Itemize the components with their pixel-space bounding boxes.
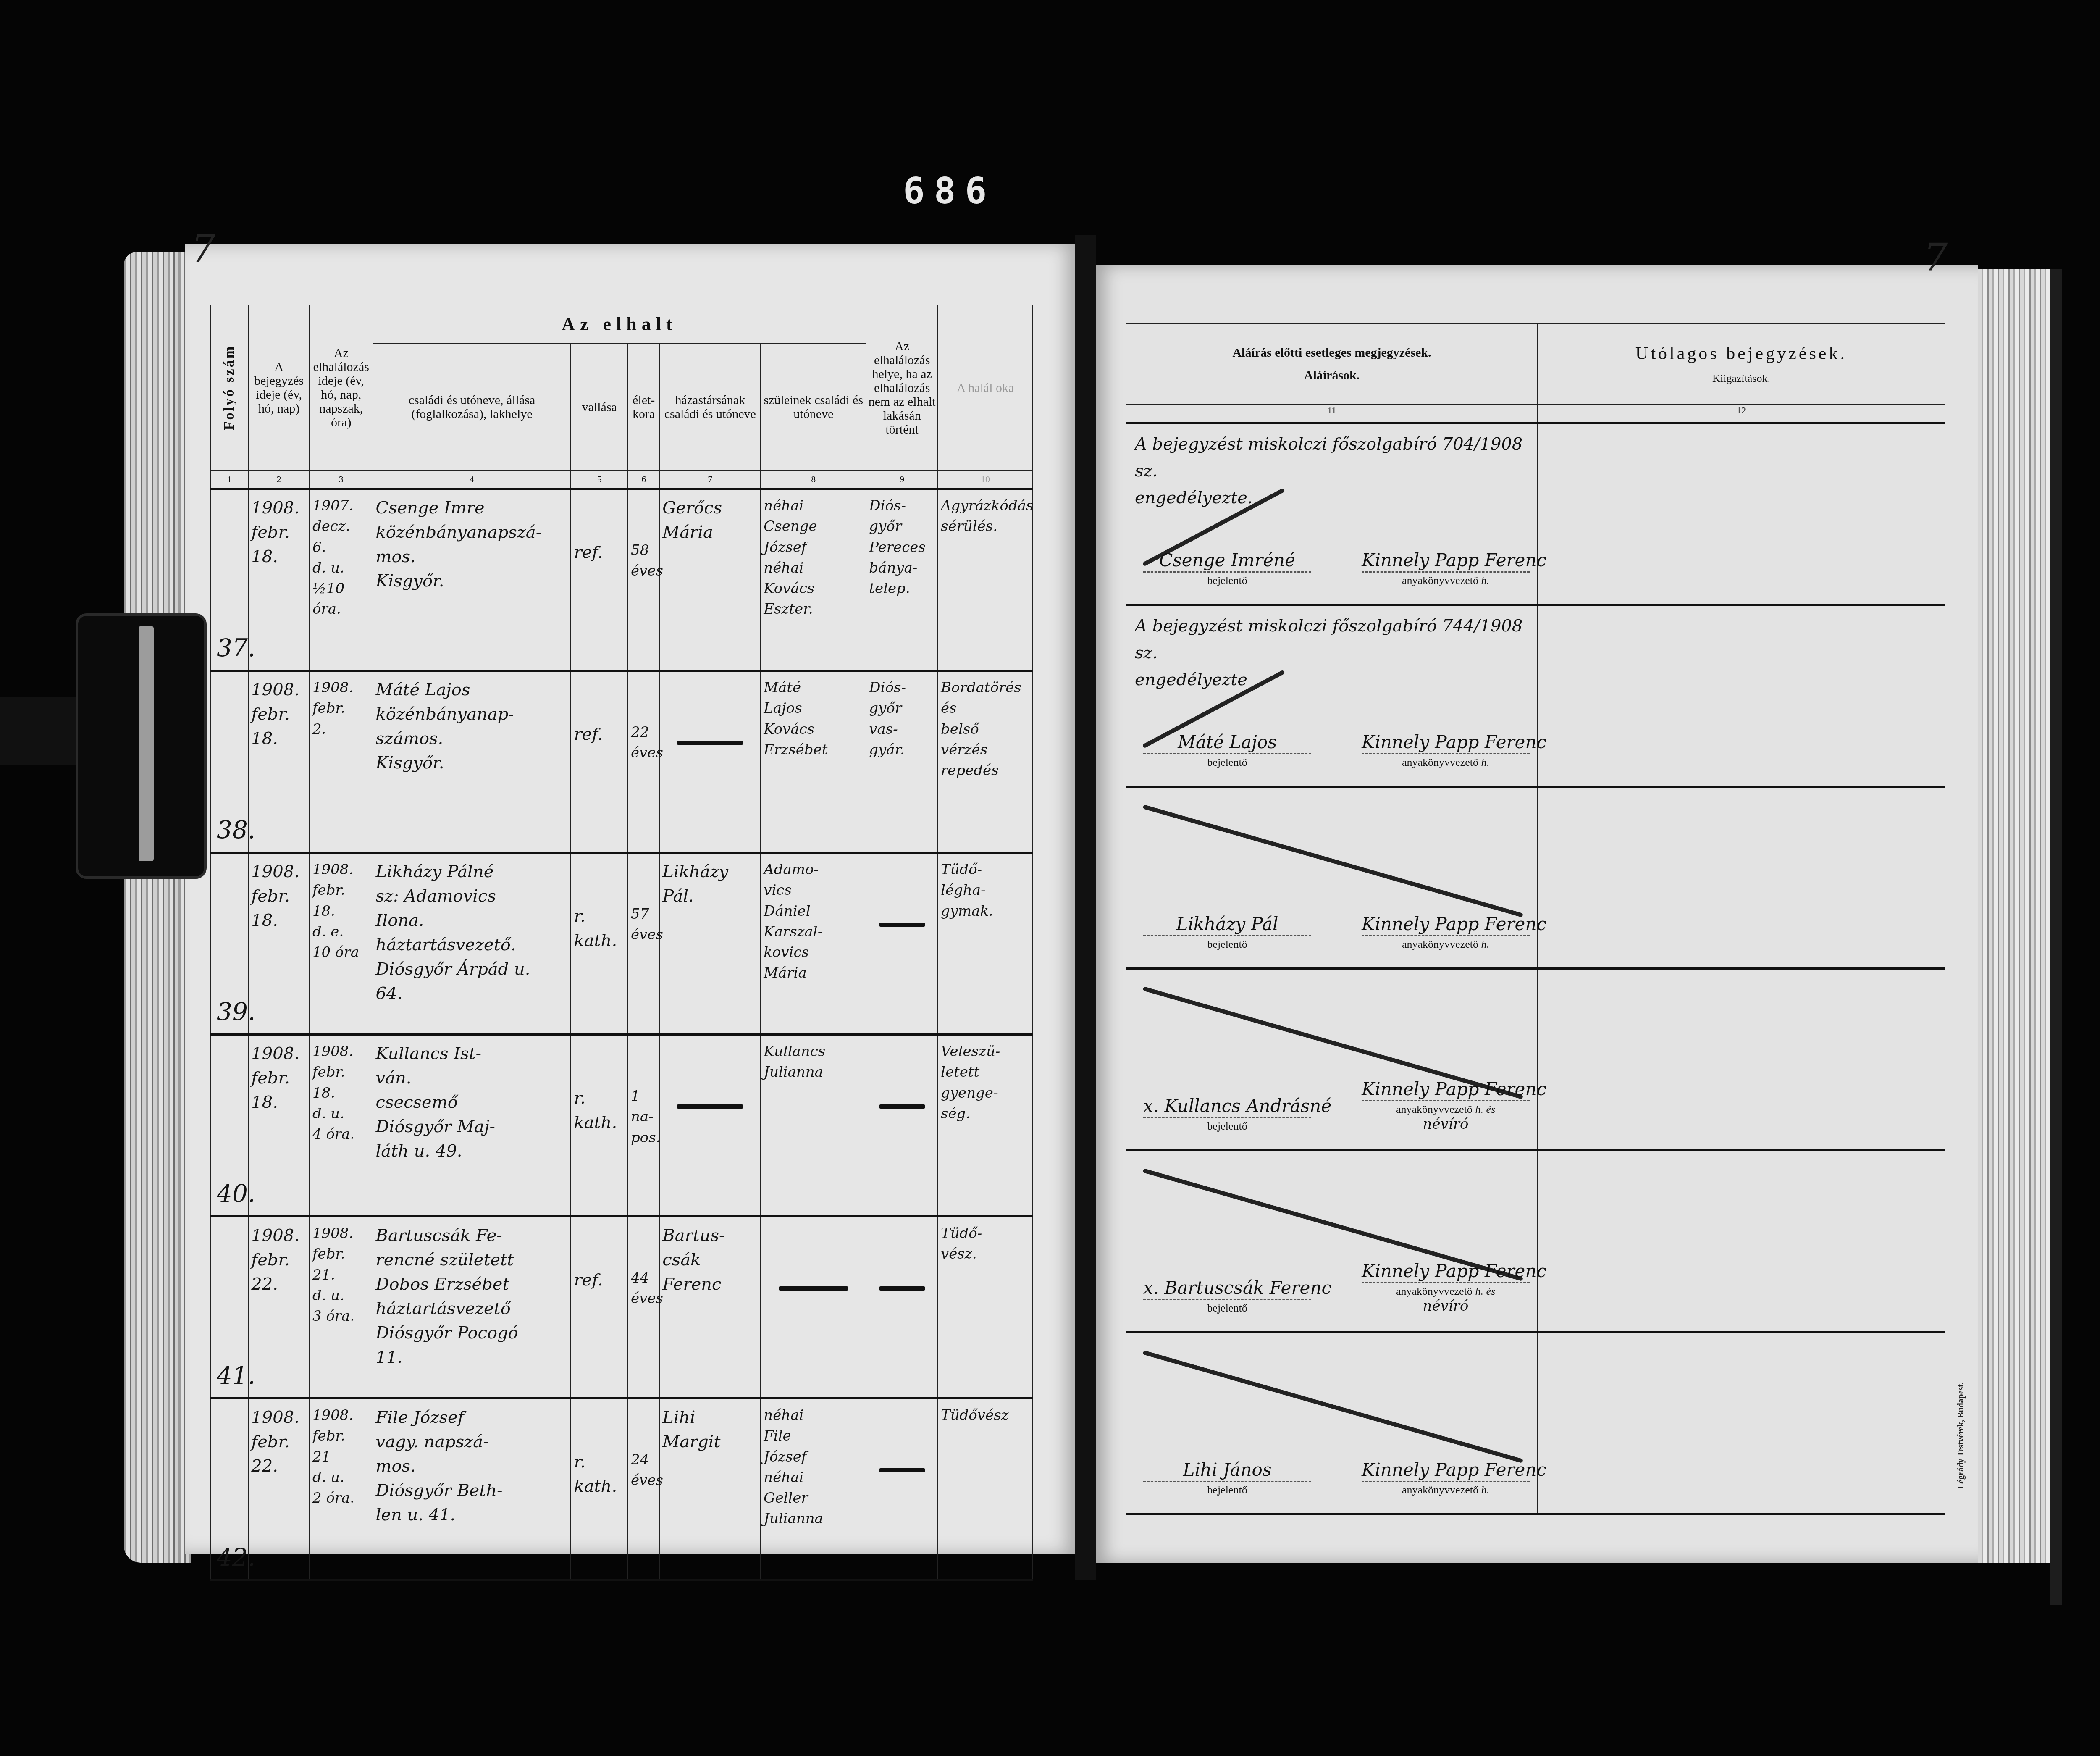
- col-header-spouse: házastársának családi és utóneve: [659, 344, 761, 471]
- later-entries-cell: [1538, 1151, 1945, 1333]
- entry-spouse: Gerőcs Mária: [659, 489, 761, 671]
- entry-age: 1 na- pos.: [628, 1035, 659, 1217]
- entry-serial: 38.: [210, 671, 248, 853]
- entry-serial: 41.: [210, 1217, 248, 1398]
- entry-spouse: [659, 1035, 761, 1217]
- entry-death-place: [866, 1217, 938, 1398]
- entry-deceased-name: Bartuscsák Fe- rencné született Dobos Er…: [373, 1217, 571, 1398]
- book-cover: [2050, 269, 2062, 1605]
- declarant-signature: x. Bartuscsák Ferenc bejelentő: [1143, 1278, 1311, 1314]
- col-header-death-date: Az elhalálozás ideje (év, hó, nap, napsz…: [310, 305, 373, 471]
- entry-registration-date: 1908. febr. 18.: [248, 489, 310, 671]
- signature-cell: x. Bartuscsák Ferenc bejelentő Kinnely P…: [1126, 1151, 1538, 1333]
- declarant-signature: Csenge Imréné bejelentő: [1143, 550, 1311, 587]
- column-numbers: 1 2 3 4 5 6 7 8 9 10: [210, 471, 1033, 489]
- entry-death-cause: Agyrázkódás sérülés.: [938, 489, 1033, 671]
- entry-death-date: 1908. febr. 21. d. u. 3 óra.: [310, 1217, 373, 1398]
- col-header-death-place: Az elhalálozás helye, ha az elhalálozás …: [866, 305, 938, 471]
- signature-row: A bejegyzést miskolczi főszolgabíró 704/…: [1126, 423, 1945, 605]
- death-register-table: Folyó szám A bejegyzés ideje (év, hó, na…: [210, 305, 1033, 1581]
- entry-death-date: 1908. febr. 18. d. e. 10 óra: [310, 853, 373, 1035]
- declarant-signature: Likházy Pál bejelentő: [1143, 914, 1311, 951]
- entry-deceased-name: Likházy Pálné sz: Adamovics Ilona. házta…: [373, 853, 571, 1035]
- cancel-stroke: [1143, 1350, 1523, 1463]
- entry-age: 44 éves: [628, 1217, 659, 1398]
- signature-cell: Likházy Pál bejelentő Kinnely Papp Feren…: [1126, 787, 1538, 969]
- col-header-parents: szüleinek családi és utóneve: [761, 344, 866, 471]
- entry-age: 24 éves: [628, 1398, 659, 1580]
- signature-row: x. Kullancs Andrásné bejelentő Kinnely P…: [1126, 969, 1945, 1151]
- entry-spouse: Lihi Margit: [659, 1398, 761, 1580]
- signature-cell: x. Kullancs Andrásné bejelentő Kinnely P…: [1126, 969, 1538, 1151]
- declarant-signature: x. Kullancs Andrásné bejelentő: [1143, 1096, 1311, 1133]
- entry-parents: Kullancs Julianna: [761, 1035, 866, 1217]
- remarks-title: Aláírás előtti esetleges megjegyzések.: [1126, 346, 1537, 360]
- entry-parents: [761, 1217, 866, 1398]
- entry-age: 57 éves: [628, 853, 659, 1035]
- register-entry-row: 42. 1908. febr. 22. 1908. febr. 21 d. u.…: [210, 1398, 1033, 1580]
- entry-age: 22 éves: [628, 671, 659, 853]
- column-numbers-right: 11 12: [1126, 405, 1945, 423]
- entry-spouse: [659, 671, 761, 853]
- register-entry-row: 38. 1908. febr. 18. 1908. febr. 2. Máté …: [210, 671, 1033, 853]
- col-header-cause: A halál oka: [938, 305, 1033, 471]
- entry-spouse: Likházy Pál.: [659, 853, 761, 1035]
- folio-mark-left: 7: [191, 227, 215, 271]
- entry-death-date: 1908. febr. 21 d. u. 2 óra.: [310, 1398, 373, 1580]
- col-header-later-entries: Utólagos bejegyzések. Kiigazítások.: [1538, 324, 1945, 405]
- entry-death-place: Diós- győr Pereces bánya- telep.: [866, 489, 938, 671]
- register-entry-row: 41. 1908. febr. 22. 1908. febr. 21. d. u…: [210, 1217, 1033, 1398]
- entry-parents: néhai File József néhai Geller Julianna: [761, 1398, 866, 1580]
- later-entries-cell: [1538, 423, 1945, 605]
- signature-row: x. Bartuscsák Ferenc bejelentő Kinnely P…: [1126, 1151, 1945, 1333]
- entry-deceased-name: Kullancs Ist- ván. csecsemő Diósgyőr Maj…: [373, 1035, 571, 1217]
- entry-death-cause: Veleszü- letett gyenge- ség.: [938, 1035, 1033, 1217]
- registrar-signature: Kinnely Papp Ferenc anyakönyvvezető h.: [1362, 550, 1530, 587]
- col-header-serial: Folyó szám: [210, 305, 248, 471]
- later-entries-cell: [1538, 1333, 1945, 1514]
- declarant-signature: Máté Lajos bejelentő: [1143, 732, 1311, 769]
- registrar-signature: Kinnely Papp Ferenc anyakönyvvezető h. é…: [1362, 1079, 1530, 1133]
- signature-row: Likházy Pál bejelentő Kinnely Papp Feren…: [1126, 787, 1945, 969]
- entry-serial: 37.: [210, 489, 248, 671]
- remark-note: A bejegyzést miskolczi főszolgabíró 744/…: [1135, 612, 1533, 693]
- entry-religion: ref.: [571, 489, 628, 671]
- entry-death-cause: Tüdő- légha- gymak.: [938, 853, 1033, 1035]
- cancel-stroke: [1143, 804, 1523, 917]
- entry-religion: r. kath.: [571, 1398, 628, 1580]
- entry-death-date: 1908. febr. 18. d. u. 4 óra.: [310, 1035, 373, 1217]
- entry-death-date: 1907. decz. 6. d. u. ½10 óra.: [310, 489, 373, 671]
- entry-serial: 39.: [210, 853, 248, 1035]
- entry-death-place: [866, 1035, 938, 1217]
- signature-row: A bejegyzést miskolczi főszolgabíró 744/…: [1126, 605, 1945, 787]
- signature-cell: A bejegyzést miskolczi főszolgabíró 744/…: [1126, 605, 1538, 787]
- entry-death-place: Diós- győr vas- gyár.: [866, 671, 938, 853]
- entry-serial: 42.: [210, 1398, 248, 1580]
- registrar-signature: Kinnely Papp Ferenc anyakönyvvezető h.: [1362, 732, 1530, 769]
- col-header-name: családi és utóneve, állása (foglalkozása…: [373, 344, 571, 471]
- col-header-entry-date: A bejegyzés ideje (év, hó, nap): [248, 305, 310, 471]
- entry-religion: r. kath.: [571, 1035, 628, 1217]
- col-group-deceased: Az elhalt: [373, 305, 866, 344]
- later-entries-cell: [1538, 787, 1945, 969]
- entry-death-cause: Tüdő- vész.: [938, 1217, 1033, 1398]
- entry-deceased-name: Csenge Imre közénbányanapszá- mos. Kisgy…: [373, 489, 571, 671]
- declarant-signature: Lihi János bejelentő: [1143, 1459, 1311, 1496]
- signature-cell: A bejegyzést miskolczi főszolgabíró 704/…: [1126, 423, 1538, 605]
- right-page-edges: [1978, 269, 2054, 1563]
- entry-deceased-name: Máté Lajos közénbányanap- számos. Kisgyő…: [373, 671, 571, 853]
- printer-imprint: Légrády Testvérek, Budapest.: [1956, 1382, 1966, 1489]
- col-header-remarks: Aláírás előtti esetleges megjegyzések. A…: [1126, 324, 1538, 405]
- entry-registration-date: 1908. febr. 18.: [248, 671, 310, 853]
- entry-deceased-name: File József vagy. napszá- mos. Diósgyőr …: [373, 1398, 571, 1580]
- entry-spouse: Bartus- csák Ferenc: [659, 1217, 761, 1398]
- entry-registration-date: 1908. febr. 22.: [248, 1217, 310, 1398]
- entry-parents: Adamo- vics Dániel Karszal- kovics Mária: [761, 853, 866, 1035]
- signatures-table: Aláírás előtti esetleges megjegyzések. A…: [1126, 323, 1945, 1515]
- register-entry-row: 37. 1908. febr. 18. 1907. decz. 6. d. u.…: [210, 489, 1033, 671]
- entry-religion: r. kath.: [571, 853, 628, 1035]
- entry-death-cause: Bordatörés és belső vérzés repedés: [938, 671, 1033, 853]
- register-entry-row: 40. 1908. febr. 18. 1908. febr. 18. d. u…: [210, 1035, 1033, 1217]
- left-page-edges: [124, 252, 191, 1563]
- book-gutter: [1075, 235, 1096, 1580]
- corrections-title: Kiigazítások.: [1538, 372, 1945, 385]
- entry-registration-date: 1908. febr. 18.: [248, 1035, 310, 1217]
- remark-note: A bejegyzést miskolczi főszolgabíró 704/…: [1135, 431, 1533, 511]
- col-header-age: élet-kora: [628, 344, 659, 471]
- entry-serial: 40.: [210, 1035, 248, 1217]
- later-entries-cell: [1538, 605, 1945, 787]
- entry-registration-date: 1908. febr. 18.: [248, 853, 310, 1035]
- entry-religion: ref.: [571, 671, 628, 853]
- clip-arm: [0, 697, 84, 765]
- register-entry-row: 39. 1908. febr. 18. 1908. febr. 18. d. e…: [210, 853, 1033, 1035]
- registrar-signature: Kinnely Papp Ferenc anyakönyvvezető h. é…: [1362, 1261, 1530, 1314]
- archive-page-stamp: 686: [903, 170, 996, 212]
- entry-registration-date: 1908. febr. 22.: [248, 1398, 310, 1580]
- entry-death-place: [866, 1398, 938, 1580]
- later-entries-title: Utólagos bejegyzések.: [1538, 344, 1945, 364]
- signature-row: Lihi János bejelentő Kinnely Papp Ferenc…: [1126, 1333, 1945, 1514]
- binder-clip-bar: [139, 626, 154, 861]
- entry-death-cause: Tüdővész: [938, 1398, 1033, 1580]
- entry-religion: ref.: [571, 1217, 628, 1398]
- signatures-title: Aláírások.: [1126, 368, 1537, 383]
- later-entries-cell: [1538, 969, 1945, 1151]
- col-header-religion: vallása: [571, 344, 628, 471]
- registrar-signature: Kinnely Papp Ferenc anyakönyvvezető h.: [1362, 914, 1530, 951]
- entry-death-date: 1908. febr. 2.: [310, 671, 373, 853]
- entry-death-place: [866, 853, 938, 1035]
- signature-cell: Lihi János bejelentő Kinnely Papp Ferenc…: [1126, 1333, 1538, 1514]
- entry-parents: néhai Csenge József néhai Kovács Eszter.: [761, 489, 866, 671]
- folio-mark-right: 7: [1924, 235, 1948, 279]
- registrar-signature: Kinnely Papp Ferenc anyakönyvvezető h.: [1362, 1459, 1530, 1496]
- entry-parents: Máté Lajos Kovács Erzsébet: [761, 671, 866, 853]
- entry-age: 58 éves: [628, 489, 659, 671]
